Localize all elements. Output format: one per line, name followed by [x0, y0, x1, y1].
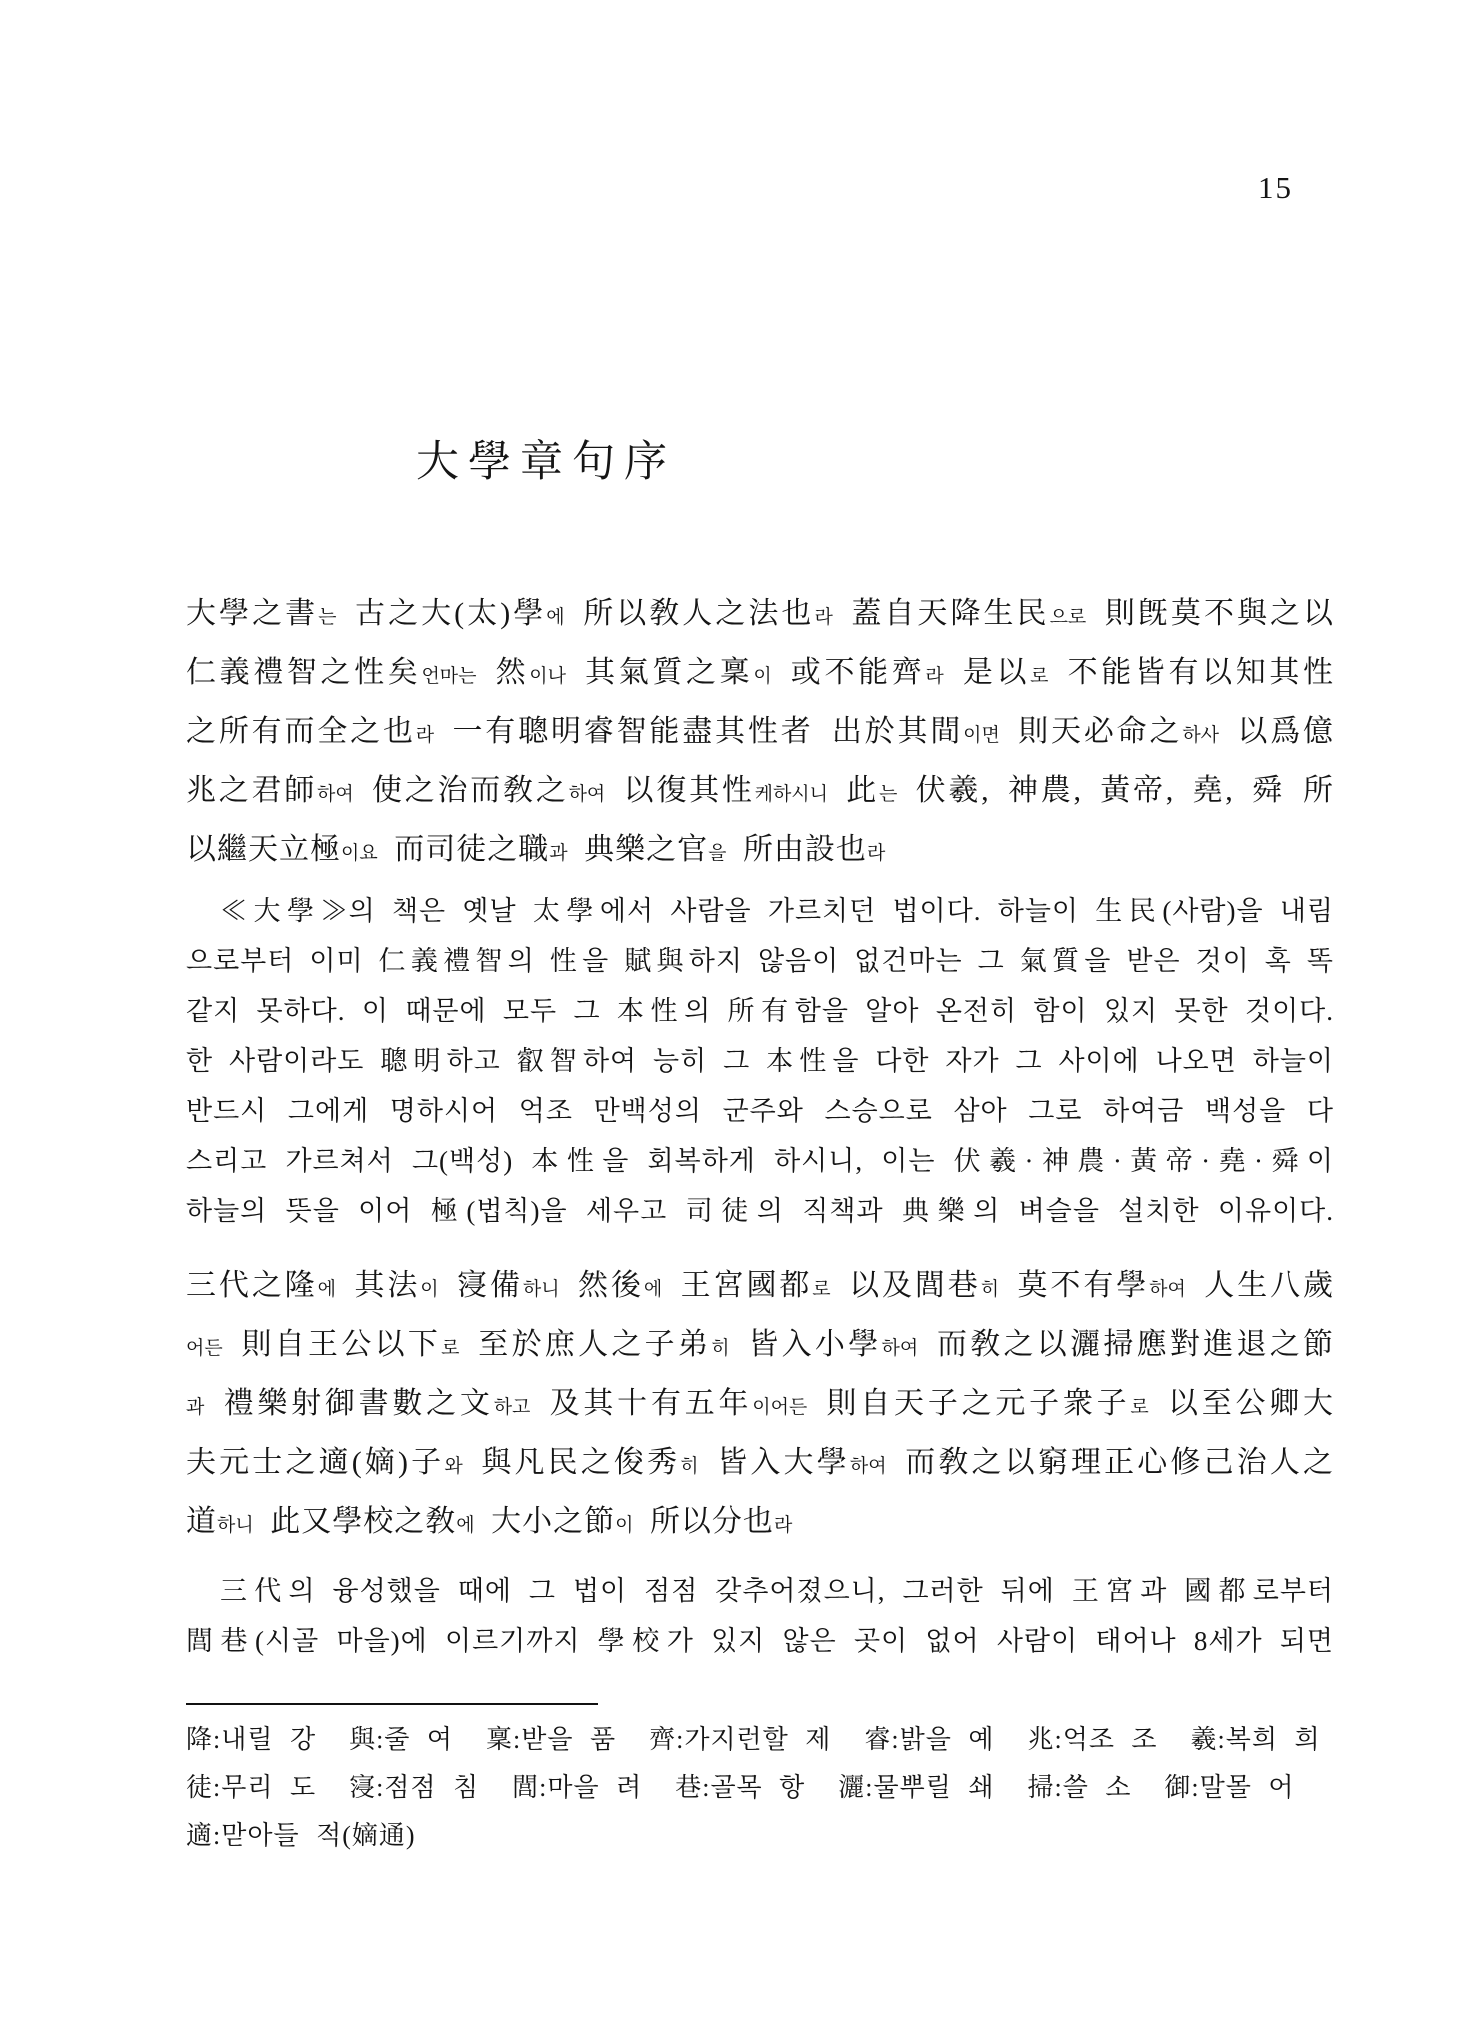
text-line: 之所有而全之也라 一有聰明睿智能盡其性者 出於其間이면 則天必命之하사 以爲億 — [186, 704, 1334, 763]
hangul-reading-particle: 하여 — [317, 784, 354, 805]
text-run: 兆之君師 — [186, 774, 317, 807]
hangul-reading-particle: 로 — [812, 1279, 830, 1300]
text-run: 是以 — [944, 656, 1030, 689]
text-run: 三代之隆 — [186, 1269, 318, 1302]
text-run: ≪大學≫의 책은 옛날 太學에서 사람을 가르치던 법이다. 하늘이 生民(사람… — [220, 896, 1334, 926]
text-run: 所由設也 — [726, 833, 867, 866]
hangul-reading-particle: 과 — [186, 1397, 204, 1418]
text-line: 三代之隆에 其法이 寖備하니 然後에 王宮國都로 以及閭巷히 莫不有學하여 人生… — [186, 1258, 1334, 1317]
text-run: 則天必命之 — [1000, 715, 1182, 748]
text-line: 하늘의 뜻을 이어 極(법칙)을 세우고 司徒의 직책과 典樂의 벼슬을 설치한… — [186, 1186, 1334, 1236]
hangul-reading-particle: 이 — [615, 1515, 633, 1536]
hanmun-paragraph-2: 三代之隆에 其法이 寖備하니 然後에 王宮國都로 以及閭巷히 莫不有學하여 人生… — [186, 1258, 1334, 1553]
text-run: 王宮國都 — [662, 1269, 812, 1302]
hangul-reading-particle: 하여 — [850, 1456, 887, 1477]
text-run: 같지 못하다. 이 때문에 모두 그 本性의 所有함을 알아 온전히 함이 있지… — [186, 996, 1334, 1026]
text-line: 降:내릴 강 與:줄 여 稟:받을 품 齊:가지런할 제 睿:밝을 예 兆:억조… — [186, 1716, 1334, 1764]
text-run: 不能皆有以知其性 — [1048, 656, 1334, 689]
text-line: ≪大學≫의 책은 옛날 太學에서 사람을 가르치던 법이다. 하늘이 生民(사람… — [186, 886, 1334, 936]
text-line: 兆之君師하여 使之治而敎之하여 以復其性케하시니 此는 伏羲, 神農, 黃帝, … — [186, 763, 1334, 822]
hangul-reading-particle: 라 — [416, 725, 434, 746]
text-line: 반드시 그에게 명하시어 억조 만백성의 군주와 스승으로 삼아 그로 하여금 … — [186, 1086, 1334, 1136]
text-run: 으로부터 이미 仁義禮智의 性을 賦與하지 않음이 없건마는 그 氣質을 받은 … — [186, 946, 1334, 976]
hangul-reading-particle: 하여 — [1149, 1279, 1186, 1300]
text-run: 所以分也 — [633, 1505, 774, 1538]
korean-translation-2: 三代의 융성했을 때에 그 법이 점점 갖추어졌으니, 그러한 뒤에 王宮과 國… — [186, 1566, 1334, 1666]
hanmun-paragraph-1: 大學之書는 古之大(太)學에 所以敎人之法也라 蓋自天降生民으로 則旣莫不與之以… — [186, 586, 1334, 881]
text-run: 蓋自天降生民 — [833, 597, 1050, 630]
text-line: 道하니 此又學校之敎에 大小之節이 所以分也라 — [186, 1494, 1334, 1553]
hangul-reading-particle: 하니 — [523, 1279, 560, 1300]
hangul-reading-particle: 에 — [456, 1515, 474, 1536]
hangul-reading-particle: 과 — [549, 843, 567, 864]
hangul-reading-particle: 히 — [981, 1279, 999, 1300]
hangul-reading-particle: 이 — [420, 1279, 438, 1300]
text-run: 而敎之以灑掃應對進退之節 — [918, 1328, 1334, 1361]
text-line: 閭巷(시골 마을)에 이르기까지 學校가 있지 않은 곳이 없어 사람이 태어나… — [186, 1616, 1334, 1666]
hangul-reading-particle: 이나 — [529, 666, 566, 687]
text-run: 以爲億 — [1219, 715, 1334, 748]
text-run: 大小之節 — [475, 1505, 616, 1538]
hangul-reading-particle: 히 — [680, 1456, 698, 1477]
text-run: 반드시 그에게 명하시어 억조 만백성의 군주와 스승으로 삼아 그로 하여금 … — [186, 1096, 1334, 1126]
hangul-reading-particle: 하여 — [881, 1338, 918, 1359]
page-title: 大學章句序 — [416, 428, 676, 489]
text-run: 夫元士之適(嫡)子 — [186, 1446, 444, 1479]
hangul-reading-particle: 하니 — [217, 1515, 254, 1536]
text-line: 한 사람이라도 聰明하고 叡智하여 능히 그 本性을 다한 자가 그 사이에 나… — [186, 1036, 1334, 1086]
text-run: 至於庶人之子弟 — [460, 1328, 712, 1361]
hangul-reading-particle: 어든 — [186, 1338, 223, 1359]
hangul-reading-particle: 에 — [546, 607, 564, 628]
text-run: 一有聰明睿智能盡其性者 出於其間 — [434, 715, 963, 748]
text-run: 則自王公以下 — [223, 1328, 441, 1361]
text-run: 適:맏아들 적(嫡通) — [186, 1821, 416, 1850]
text-run: 仁義禮智之性矣 — [186, 656, 421, 689]
hangul-reading-particle: 이요 — [341, 843, 378, 864]
hangul-reading-particle: 와 — [444, 1456, 462, 1477]
text-line: 으로부터 이미 仁義禮智의 性을 賦與하지 않음이 없건마는 그 氣質을 받은 … — [186, 936, 1334, 986]
text-run: 使之治而敎之 — [354, 774, 569, 807]
hangul-reading-particle: 히 — [711, 1338, 729, 1359]
text-run: 하늘의 뜻을 이어 極(법칙)을 세우고 司徒의 직책과 典樂의 벼슬을 설치한… — [186, 1196, 1334, 1226]
hangul-reading-particle: 라 — [814, 607, 832, 628]
text-run: 禮樂射御書數之文 — [204, 1387, 493, 1420]
hangul-reading-particle: 으로 — [1050, 607, 1087, 628]
hangul-reading-particle: 케하시니 — [755, 784, 828, 805]
text-line: 徒:무리 도 寖:점점 침 閭:마을 려 巷:골목 항 灑:물뿌릴 쇄 掃:쓸 … — [186, 1764, 1334, 1812]
hangul-reading-particle: 하사 — [1182, 725, 1219, 746]
text-run: 道 — [186, 1505, 217, 1538]
text-run: 然後 — [560, 1269, 644, 1302]
text-line: 夫元士之適(嫡)子와 與凡民之俊秀히 皆入大學하여 而敎之以窮理正心修己治人之 — [186, 1435, 1334, 1494]
hangul-reading-particle: 에 — [318, 1279, 336, 1300]
text-run: 徒:무리 도 寖:점점 침 閭:마을 려 巷:골목 항 灑:물뿌릴 쇄 掃:쓸 … — [186, 1773, 1295, 1802]
hangul-reading-particle: 하고 — [494, 1397, 531, 1418]
text-line: 適:맏아들 적(嫡通) — [186, 1812, 1334, 1860]
hangul-reading-particle: 을 — [708, 843, 726, 864]
text-run: 此又學校之敎 — [254, 1505, 457, 1538]
text-run: 此 — [828, 774, 879, 807]
text-run: 及其十有五年 — [530, 1387, 752, 1420]
text-run: 降:내릴 강 與:줄 여 稟:받을 품 齊:가지런할 제 睿:밝을 예 兆:억조… — [186, 1725, 1321, 1754]
hangul-reading-particle: 이면 — [963, 725, 1000, 746]
text-run: 스리고 가르쳐서 그(백성) 本性을 회복하게 하시니, 이는 伏羲·神農·黃帝… — [186, 1146, 1334, 1176]
hangul-reading-particle: 라 — [774, 1515, 792, 1536]
text-run: 與凡民之俊秀 — [463, 1446, 681, 1479]
text-run: 以復其性 — [605, 774, 754, 807]
text-run: 伏羲, 神農, 黃帝, 堯, 舜 所 — [897, 774, 1334, 807]
text-run: 而敎之以窮理正心修己治人之 — [887, 1446, 1334, 1479]
text-run: 所以敎人之法也 — [565, 597, 815, 630]
text-run: 皆入小學 — [730, 1328, 882, 1361]
text-line: 以繼天立極이요 而司徒之職과 典樂之官을 所由設也라 — [186, 822, 1334, 881]
text-run: 皆入大學 — [699, 1446, 850, 1479]
hangul-reading-particle: 언마는 — [421, 666, 476, 687]
text-run: 以及閭巷 — [831, 1269, 981, 1302]
hangul-reading-particle: 로 — [1030, 666, 1048, 687]
hangul-reading-particle: 에 — [644, 1279, 662, 1300]
character-glossary: 降:내릴 강 與:줄 여 稟:받을 품 齊:가지런할 제 睿:밝을 예 兆:억조… — [186, 1716, 1334, 1860]
hangul-reading-particle: 이어든 — [752, 1397, 807, 1418]
page-number: 15 — [1258, 170, 1293, 206]
text-run: 則自天子之元子衆子 — [807, 1387, 1130, 1420]
text-line: 과 禮樂射御書數之文하고 及其十有五年이어든 則自天子之元子衆子로 以至公卿大 — [186, 1376, 1334, 1435]
hangul-reading-particle: 하여 — [569, 784, 606, 805]
text-run: 閭巷(시골 마을)에 이르기까지 學校가 있지 않은 곳이 없어 사람이 태어나… — [186, 1626, 1334, 1656]
text-line: 三代의 융성했을 때에 그 법이 점점 갖추어졌으니, 그러한 뒤에 王宮과 國… — [186, 1566, 1334, 1616]
korean-translation-1: ≪大學≫의 책은 옛날 太學에서 사람을 가르치던 법이다. 하늘이 生民(사람… — [186, 886, 1334, 1236]
text-run: 寖備 — [439, 1269, 523, 1302]
text-line: 大學之書는 古之大(太)學에 所以敎人之法也라 蓋自天降生民으로 則旣莫不與之以 — [186, 586, 1334, 645]
text-run: 而司徒之職 — [378, 833, 550, 866]
footnote-divider — [186, 1703, 598, 1705]
text-run: 其法 — [336, 1269, 420, 1302]
text-run: 한 사람이라도 聰明하고 叡智하여 능히 그 本性을 다한 자가 그 사이에 나… — [186, 1046, 1334, 1076]
document-page: 15 大學章句序 大學之書는 古之大(太)學에 所以敎人之法也라 蓋自天降生民으… — [0, 0, 1480, 2024]
hangul-reading-particle: 이 — [753, 666, 771, 687]
hangul-reading-particle: 는 — [318, 607, 336, 628]
text-run: 古之大(太)學 — [337, 597, 547, 630]
text-run: 然 — [477, 656, 530, 689]
text-run: 其氣質之稟 — [566, 656, 753, 689]
text-run: 則旣莫不與之以 — [1086, 597, 1334, 630]
text-run: 典樂之官 — [568, 833, 709, 866]
text-run: 以至公卿大 — [1149, 1387, 1334, 1420]
text-run: 莫不有學 — [999, 1269, 1149, 1302]
hangul-reading-particle: 라 — [867, 843, 885, 864]
text-line: 어든 則自王公以下로 至於庶人之子弟히 皆入小學하여 而敎之以灑掃應對進退之節 — [186, 1317, 1334, 1376]
text-run: 人生八歲 — [1186, 1269, 1334, 1302]
text-line: 스리고 가르쳐서 그(백성) 本性을 회복하게 하시니, 이는 伏羲·神農·黃帝… — [186, 1136, 1334, 1186]
text-run: 大學之書 — [186, 597, 318, 630]
hangul-reading-particle: 라 — [925, 666, 943, 687]
text-run: 三代의 융성했을 때에 그 법이 점점 갖추어졌으니, 그러한 뒤에 王宮과 國… — [220, 1576, 1334, 1606]
hangul-reading-particle: 는 — [879, 784, 897, 805]
text-run: 或不能齊 — [772, 656, 926, 689]
text-run: 以繼天立極 — [186, 833, 341, 866]
text-run: 之所有而全之也 — [186, 715, 416, 748]
text-line: 같지 못하다. 이 때문에 모두 그 本性의 所有함을 알아 온전히 함이 있지… — [186, 986, 1334, 1036]
hangul-reading-particle: 로 — [441, 1338, 459, 1359]
text-line: 仁義禮智之性矣언마는 然이나 其氣質之稟이 或不能齊라 是以로 不能皆有以知其性 — [186, 645, 1334, 704]
hangul-reading-particle: 로 — [1130, 1397, 1148, 1418]
